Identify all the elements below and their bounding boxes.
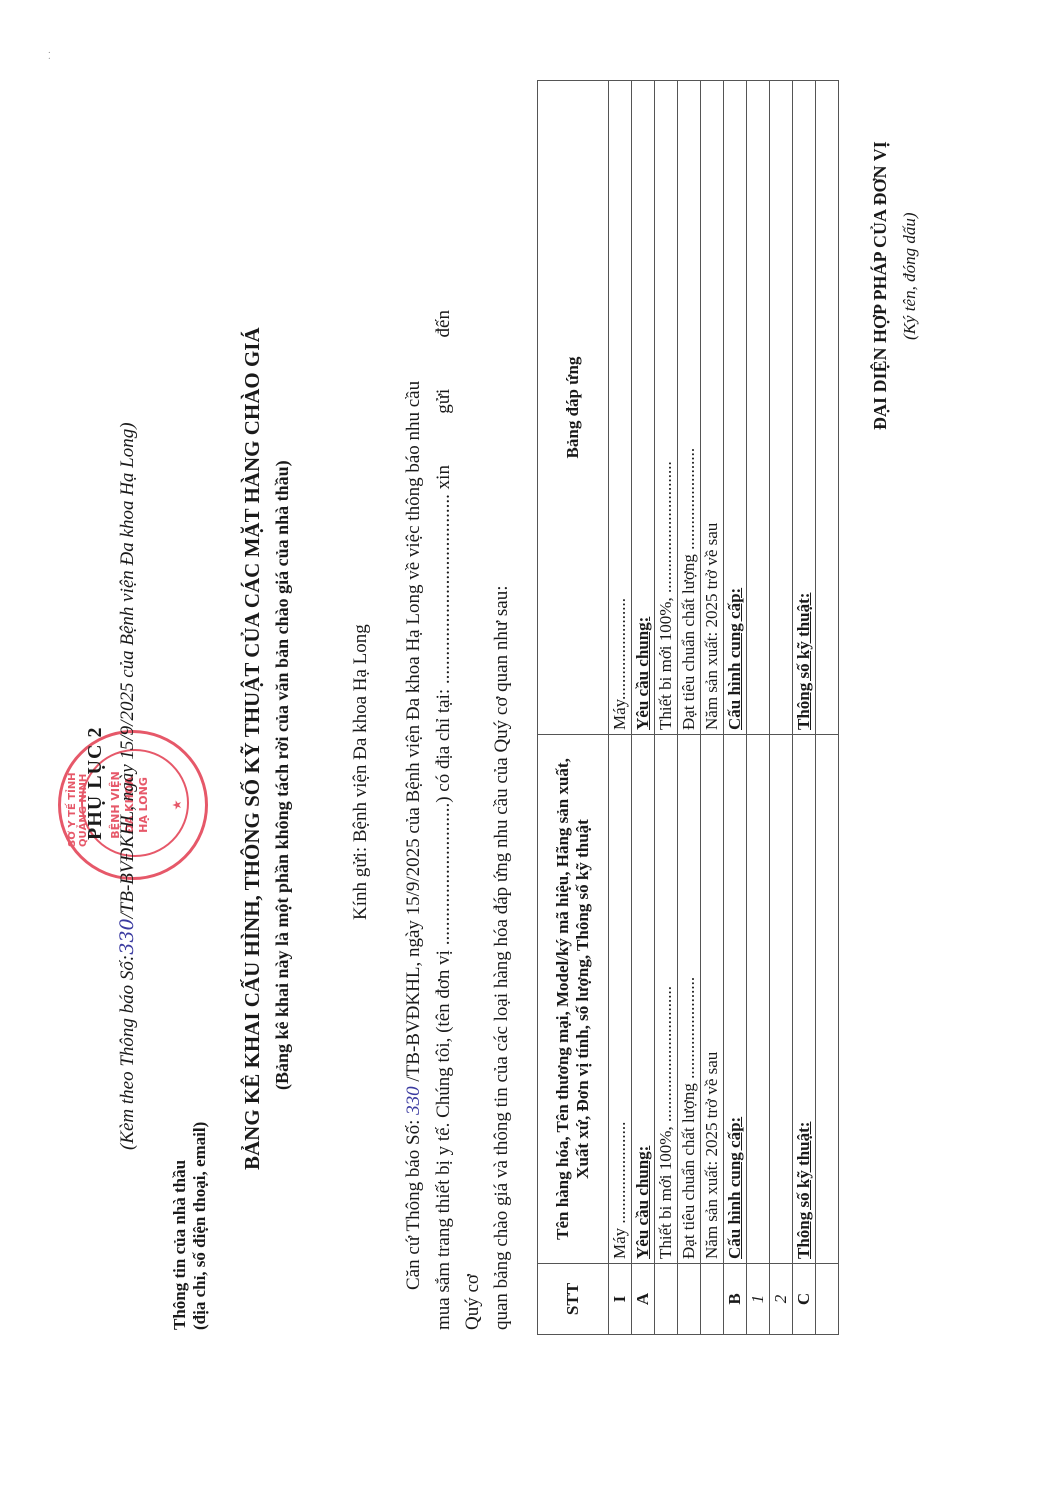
body-l2-word: đến	[433, 310, 455, 337]
document-page: · · SỞ Y TẾ TỈNH QUẢNG NINH BỆNH VIỆN ĐA…	[0, 0, 1061, 1500]
document-subtitle: (Bảng kê khai này là một phần không tách…	[272, 460, 293, 1090]
cell-item-name	[816, 735, 839, 1264]
cell-response	[816, 81, 839, 735]
body-line-4: quan bảng chào giá và thông tin của các …	[491, 30, 513, 1330]
table-row: AYêu cầu chung:Yêu cầu chung:	[632, 81, 655, 1335]
cell-response: Máy........................	[609, 81, 632, 735]
table-header-row: STT Tên hàng hóa, Tên thương mại, Model/…	[538, 81, 609, 1335]
document-title: BẢNG KÊ KHAI CẤU HÌNH, THÔNG SỐ KỸ THUẬT…	[240, 327, 265, 1170]
body-l2-word: gửi	[433, 389, 455, 414]
cell-stt: B	[724, 1264, 747, 1335]
table-row: Năm sản xuất: 2025 trở về sauNăm sản xuấ…	[701, 81, 724, 1335]
signature-note: (Ký tên, đóng dấu)	[900, 213, 920, 340]
body-line-1: Căn cứ Thông báo Số: 330 /TB-BVĐKHL, ngà…	[403, 0, 425, 1290]
body-l2-main: mua sắm trang thiết bị y tế. Chúng tôi, …	[433, 465, 455, 1330]
header-response: Bảng đáp ứng	[538, 81, 609, 735]
contractor-info: Thông tin của nhà thầu (địa chỉ, số điện…	[170, 1122, 210, 1330]
body-line-2: mua sắm trang thiết bị y tế. Chúng tôi, …	[433, 310, 455, 1330]
appendix-title: PHỤ LỤC 2	[84, 727, 107, 840]
table-row: 1	[747, 81, 770, 1335]
contractor-details-hint: (địa chỉ, số điện thoại, email)	[190, 1122, 210, 1330]
cell-stt	[816, 1264, 839, 1335]
greeting: Kính gửi: Bệnh viện Đa khoa Hạ Long	[350, 624, 372, 920]
cell-stt: I	[609, 1264, 632, 1335]
table-row: BCấu hình cung cấp:Cấu hình cung cấp:	[724, 81, 747, 1335]
cell-stt	[701, 1264, 724, 1335]
cell-item-name: Cấu hình cung cấp:	[724, 735, 747, 1264]
table-row: IMáy ........................Máy........…	[609, 81, 632, 1335]
cell-item-name: Đạt tiêu chuẩn chất lượng ..............…	[678, 735, 701, 1264]
response-table: STT Tên hàng hóa, Tên thương mại, Model/…	[537, 80, 839, 1335]
cell-response: Cấu hình cung cấp:	[724, 81, 747, 735]
appendix-subtitle: (Kèm theo Thông báo Số:330/TB-BVĐKHL, ng…	[116, 422, 139, 1150]
cell-response: Đạt tiêu chuẩn chất lượng ..............…	[678, 81, 701, 735]
cell-item-name: Thông số kỹ thuật:	[793, 735, 816, 1264]
cell-item-name: Máy ........................	[609, 735, 632, 1264]
cell-stt: 2	[770, 1264, 793, 1335]
stamp-star-icon: ★	[171, 733, 184, 877]
cell-stt: A	[632, 1264, 655, 1335]
cell-stt: 1	[747, 1264, 770, 1335]
cell-item-name: Yêu cầu chung:	[632, 735, 655, 1264]
body-l1-prefix: Căn cứ Thông báo Số:	[403, 1120, 424, 1290]
cell-item-name	[747, 735, 770, 1264]
body-l1-suffix: /TB-BVĐKHL, ngày 15/9/2025 của Bệnh viện…	[403, 381, 424, 1082]
cell-item-name: Năm sản xuất: 2025 trở về sau	[701, 735, 724, 1264]
table-row: CThông số kỹ thuật:Thông số kỹ thuật:	[793, 81, 816, 1335]
cell-response	[770, 81, 793, 735]
cell-response: Thiết bi mới 100%, .....................…	[655, 81, 678, 735]
table-row: Đạt tiêu chuẩn chất lượng ..............…	[678, 81, 701, 1335]
signature-title: ĐẠI DIỆN HỢP PHÁP CỦA ĐƠN VỊ	[870, 141, 891, 430]
cell-response: Thông số kỹ thuật:	[793, 81, 816, 735]
table-row: 2	[770, 81, 793, 1335]
cell-stt	[678, 1264, 701, 1335]
cell-response: Yêu cầu chung:	[632, 81, 655, 735]
contractor-label: Thông tin của nhà thầu	[170, 1122, 190, 1330]
cell-item-name: Thiết bi mới 100%, .....................…	[655, 735, 678, 1264]
header-stt: STT	[538, 1264, 609, 1335]
cell-stt	[655, 1264, 678, 1335]
handwritten-number: 330	[116, 918, 138, 954]
table-row: Thiết bi mới 100%, .....................…	[655, 81, 678, 1335]
appendix-sub-suffix: /TB-BVĐKHL, ngày 15/9/2025 của Bệnh viện…	[117, 422, 138, 918]
cell-response	[747, 81, 770, 735]
cell-stt: C	[793, 1264, 816, 1335]
cell-response: Năm sản xuất: 2025 trở về sau	[701, 81, 724, 735]
appendix-sub-prefix: (Kèm theo Thông báo Số:	[117, 955, 138, 1150]
cell-item-name	[770, 735, 793, 1264]
body-line-3: Quý cơ	[462, 30, 484, 1330]
scan-specks: · ·	[45, 51, 56, 60]
header-item-name: Tên hàng hóa, Tên thương mại, Model/ký m…	[538, 735, 609, 1264]
table-row	[816, 81, 839, 1335]
handwritten-number: 330	[403, 1086, 424, 1115]
